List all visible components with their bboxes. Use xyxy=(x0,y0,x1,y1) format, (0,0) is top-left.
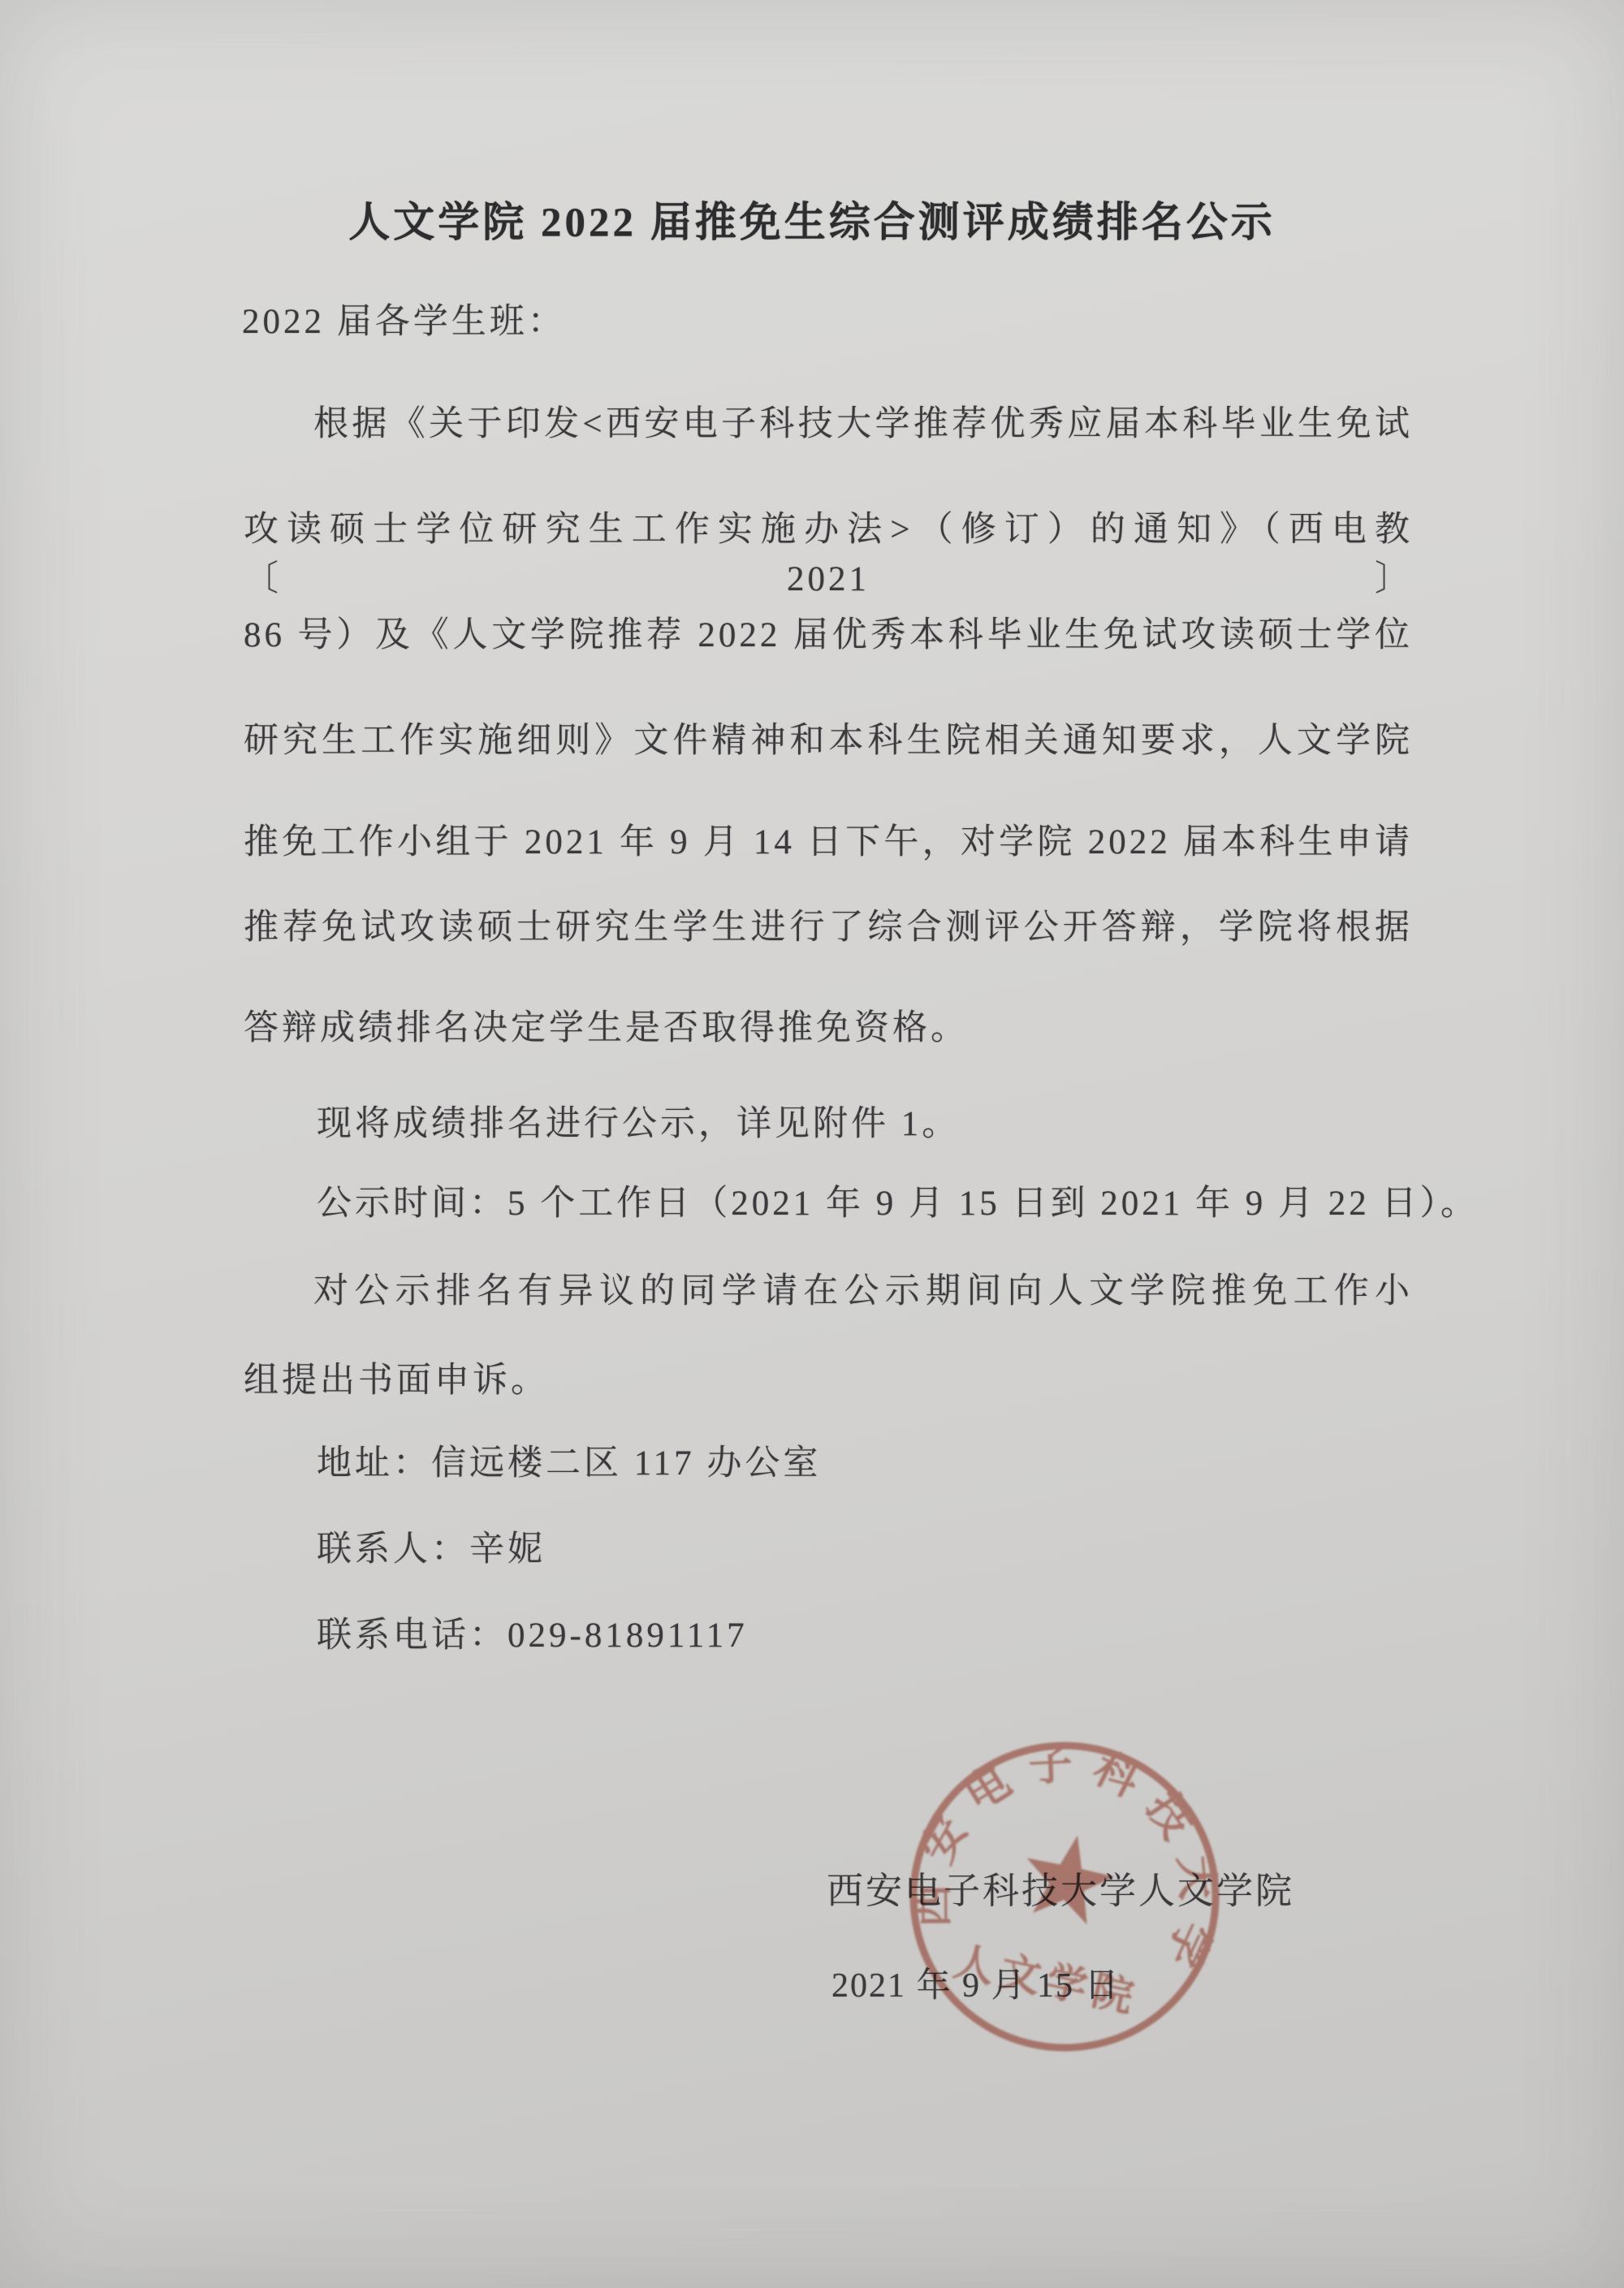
official-seal: 西安电子科技大学 人文学院 xyxy=(853,1685,1276,2109)
seal-star xyxy=(1016,1826,1121,1928)
body-line: 研究生工作实施细则》文件精神和本科生院相关通知要求，人文学院 xyxy=(244,713,1413,762)
body-line: 攻读硕士学位研究生工作实施办法>（修订）的通知》（西电教〔2021〕 xyxy=(244,502,1413,601)
contact-phone-line: 联系电话：029-81891117 xyxy=(317,1608,748,1657)
address-line: 地址：信远楼二区 117 办公室 xyxy=(317,1435,821,1485)
body-line: 推荐免试攻读硕士研究生学生进行了综合测评公开答辩，学院将根据 xyxy=(244,900,1413,949)
body-line: 公示时间：5 个工作日（2021 年 9 月 15 日到 2021 年 9 月 … xyxy=(317,1176,1479,1225)
body-line: 现将成绩排名进行公示，详见附件 1。 xyxy=(317,1096,960,1146)
contact-person-line: 联系人：辛妮 xyxy=(317,1522,546,1571)
body-line: 对公示排名有异议的同学请在公示期间向人文学院推免工作小 xyxy=(244,1263,1413,1313)
seal-inner-text: 人文学院 xyxy=(950,1938,1144,2022)
salutation: 2022 届各学生班： xyxy=(242,294,566,343)
body-line: 根据《关于印发<西安电子科技大学推荐优秀应届本科毕业生免试 xyxy=(244,396,1413,446)
body-line: 答辩成绩排名决定学生是否取得推免资格。 xyxy=(244,1000,969,1050)
body-line: 组提出书面申诉。 xyxy=(244,1353,549,1402)
body-line: 推免工作小组于 2021 年 9 月 14 日下午，对学院 2022 届本科生申… xyxy=(244,814,1413,864)
body-line: 86 号）及《人文学院推荐 2022 届优秀本科毕业生免试攻读硕士学位 xyxy=(244,607,1413,657)
page-title: 人文学院 2022 届推免生综合测评成绩排名公示 xyxy=(0,188,1624,248)
scanned-notice-page: 人文学院 2022 届推免生综合测评成绩排名公示 2022 届各学生班： 根据《… xyxy=(0,0,1624,2288)
